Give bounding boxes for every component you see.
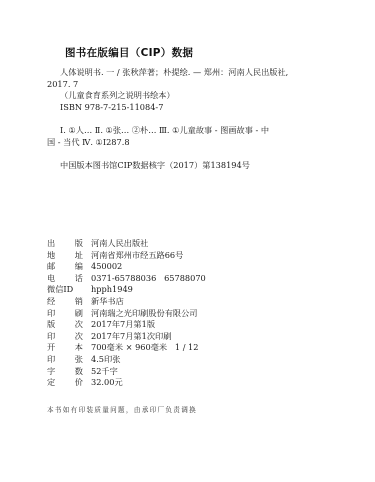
imprint-value: 新华书店: [91, 296, 124, 308]
imprint-label: 本: [75, 342, 83, 354]
imprint-table: 出版 河南人民出版社 地址 河南省郑州市经五路66号 邮编 450002 电话 …: [47, 238, 206, 389]
imprint-label: 电: [47, 273, 55, 285]
imprint-label: 编: [75, 261, 83, 273]
imprint-row-address: 地址 河南省郑州市经五路66号: [47, 250, 206, 262]
imprint-label: 开: [47, 342, 55, 354]
copyright-page: 图书在版编目（CIP）数据 人体说明书. 一 / 张秋萍著；朴提绘. — 郑州：…: [0, 0, 375, 482]
imprint-label: 印: [47, 354, 55, 366]
imprint-label: 刷: [75, 308, 83, 320]
imprint-row-phone: 电话 0371-65788036 65788070: [47, 273, 206, 285]
imprint-value: 450002: [91, 261, 122, 273]
cip-record-number: 中国版本图书馆CIP数据核字（2017）第138194号: [47, 160, 347, 172]
imprint-row-printer: 印刷 河南瑞之光印刷股份有限公司: [47, 308, 206, 320]
imprint-label: 邮: [47, 261, 55, 273]
imprint-label: 印: [47, 331, 55, 343]
imprint-value: 2017年7月第1次印刷: [91, 331, 171, 343]
imprint-value: 700毫米 × 960毫米 1 / 12: [91, 342, 198, 354]
imprint-label: 销: [75, 296, 83, 308]
imprint-value: 河南省郑州市经五路66号: [91, 250, 183, 262]
imprint-row-word-count: 字数 52千字: [47, 366, 206, 378]
imprint-value: 0371-65788036 65788070: [91, 273, 206, 285]
imprint-row-format: 开本 700毫米 × 960毫米 1 / 12: [47, 342, 206, 354]
imprint-label: 版: [75, 238, 83, 250]
imprint-row-sheets: 印张 4.5印张: [47, 354, 206, 366]
imprint-label: 话: [75, 273, 83, 285]
imprint-row-postcode: 邮编 450002: [47, 261, 206, 273]
imprint-row-publisher: 出版 河南人民出版社: [47, 238, 206, 250]
imprint-row-wechat: 微信ID hpph1949: [47, 284, 206, 296]
imprint-value: 4.5印张: [91, 354, 120, 366]
imprint-label: 微信ID: [47, 284, 91, 296]
quality-notice: 本书如有印装质量问题，由承印厂负责调换: [47, 404, 197, 414]
cip-classification-line-1: Ⅰ. ①人… Ⅱ. ①张… ②朴… Ⅲ. ①儿童故事 - 图画故事 - 中: [47, 125, 347, 137]
cip-series-line: （儿童食育系列之说明书绘本）: [47, 90, 347, 102]
cip-date-line: 2017. 7: [47, 79, 347, 91]
imprint-label: 印: [47, 308, 55, 320]
imprint-label: 定: [47, 377, 55, 389]
imprint-value: 河南人民出版社: [91, 238, 148, 250]
imprint-label: 地: [47, 250, 55, 262]
imprint-value: 河南瑞之光印刷股份有限公司: [91, 308, 197, 320]
imprint-row-edition: 版次 2017年7月第1版: [47, 319, 206, 331]
imprint-row-price: 定价 32.00元: [47, 377, 206, 389]
imprint-row-printing: 印次 2017年7月第1次印刷: [47, 331, 206, 343]
imprint-label: 址: [75, 250, 83, 262]
cip-data-block: 人体说明书. 一 / 张秋萍著；朴提绘. — 郑州：河南人民出版社, 2017.…: [47, 67, 347, 172]
imprint-value: 2017年7月第1版: [91, 319, 155, 331]
imprint-value: hpph1949: [91, 284, 133, 296]
cip-isbn: ISBN 978-7-215-11084-7: [47, 102, 347, 114]
cip-heading: 图书在版编目（CIP）数据: [65, 45, 193, 60]
imprint-row-distributor: 经销 新华书店: [47, 296, 206, 308]
imprint-label: 次: [75, 331, 83, 343]
imprint-label: 经: [47, 296, 55, 308]
imprint-label: 字: [47, 366, 55, 378]
cip-title-line: 人体说明书. 一 / 张秋萍著；朴提绘. — 郑州：河南人民出版社,: [47, 67, 347, 79]
imprint-value: 52千字: [91, 366, 118, 378]
imprint-label: 次: [75, 319, 83, 331]
imprint-label: 张: [75, 354, 83, 366]
imprint-label: 出: [47, 238, 55, 250]
imprint-label: 版: [47, 319, 55, 331]
imprint-label: 数: [75, 366, 83, 378]
imprint-value: 32.00元: [91, 377, 123, 389]
cip-classification-line-2: 国 - 当代 Ⅳ. ①I287.8: [47, 137, 347, 149]
imprint-label: 价: [75, 377, 83, 389]
